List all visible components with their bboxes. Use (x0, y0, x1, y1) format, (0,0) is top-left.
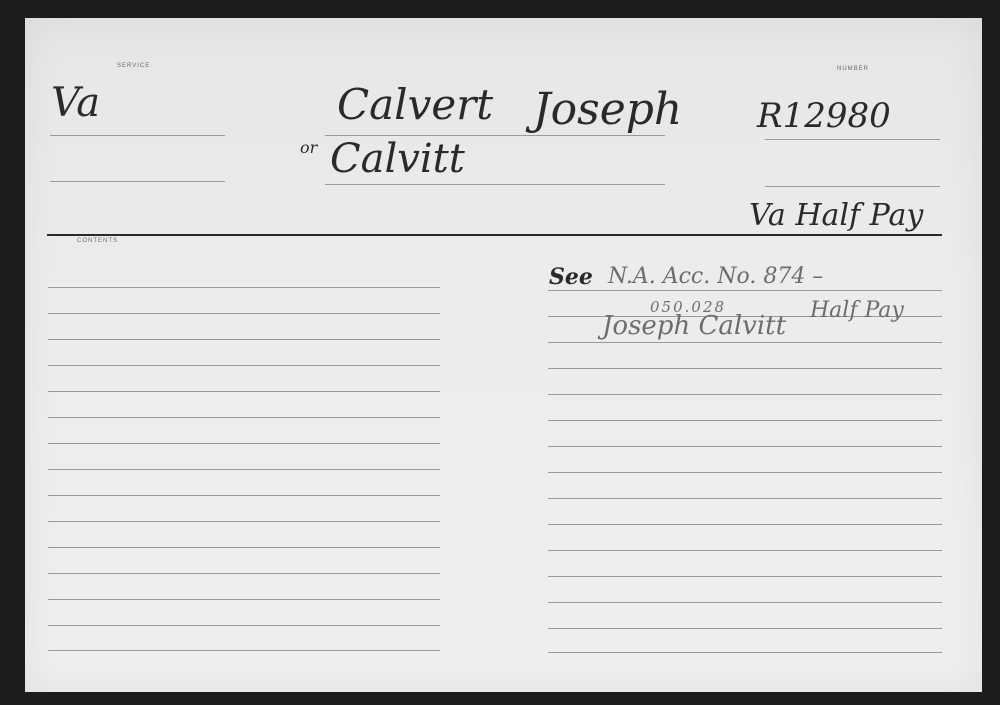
contents-ruled-left (48, 18, 440, 692)
cross-ref-note: Half Pay (810, 298, 904, 323)
index-card: Service Number Contents Va Calvert or Ca… (25, 18, 982, 692)
cross-ref-name: Joseph Calvitt (602, 311, 786, 341)
cross-ref-reference: N.A. Acc. No. 874 – (608, 264, 823, 289)
cross-ref-prefix: See (549, 264, 593, 290)
contents-ruled-right (548, 18, 942, 692)
